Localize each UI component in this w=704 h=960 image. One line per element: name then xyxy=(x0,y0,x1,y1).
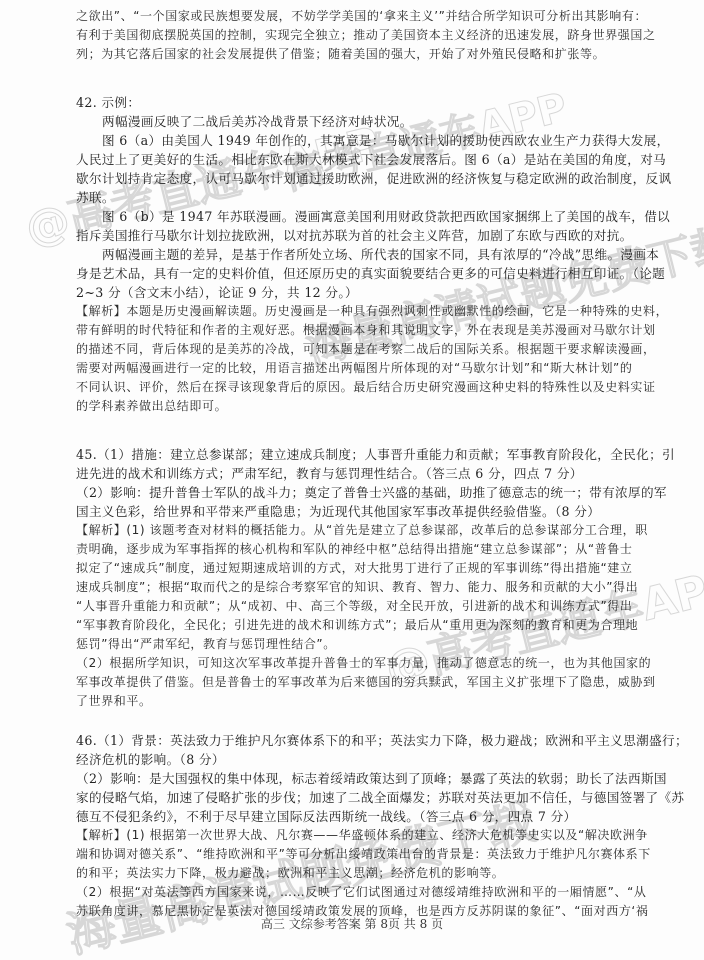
text-line: 指斥美国推行马歇尔计划拉拢欧洲，以对抗苏联为首的社会主义阵营，加剧了东欧与西欧的… xyxy=(76,226,658,245)
analysis-line: “军事教育阶段化，全民化；引进先进的战术和训练方式”；最后从“重用更为深刻的教育… xyxy=(76,616,658,635)
text-line: 苏联。 xyxy=(76,188,658,207)
text-line: 列；为其它落后国家的社会发展提供了借鉴；随着美国的强大，开始了对外殖民侵略和扩张… xyxy=(76,45,658,64)
text-line: 家的侵略气焰，加速了侵略扩张的步伐；加速了二战全面爆发；苏联对英法更加不信任，与… xyxy=(76,788,658,807)
analysis-line: （2）根据“对英法等西方国家来说，……反映了它们试图通过对德绥靖维持欧洲和平的一… xyxy=(76,883,658,902)
text-line: 图 6（b）是 1947 年苏联漫画。漫画寓意美国利用财政贷款把西欧国家捆绑上了… xyxy=(76,207,658,226)
analysis-line: 需要对两幅漫画进行一定的比较，用语言描述出两幅图片所体现的对“马歇尔计划”和“斯… xyxy=(76,359,658,378)
analysis-line: 的和平；英法实力下降，极力避战；欧洲和平主义思潮；经济危机的影响等。 xyxy=(76,864,658,883)
question-42-heading: 42. 示例： xyxy=(76,93,658,112)
analysis-line: 【解析】(1) 根据第一次世界大战、凡尔赛——华盛顿体系的建立、经济大危机等史实… xyxy=(76,826,658,845)
text-line: 人民过上了更美好的生活。相比东欧在斯大林模式下社会发展落后。图 6（a）是站在美… xyxy=(76,150,658,169)
analysis-line: 的学科素养做出总结即可。 xyxy=(76,397,658,416)
analysis-line: 【解析】本题是历史漫画解读题。历史漫画是一种具有强烈讽刺性或幽默性的绘画，它是一… xyxy=(76,302,658,321)
text-line: 两幅漫画反映了二战后美苏冷战背景下经济对峙状况。 xyxy=(76,112,658,131)
analysis-line: （2）根据所学知识，可知这次军事改革提升普鲁士的军事力量，推动了德意志的统一，也… xyxy=(76,654,658,673)
analysis-line: 速成兵制度”；根据“取而代之的是综合考察军官的知识、教育、智力、能力、服务和贡献… xyxy=(76,578,658,597)
text-line: （2）影响：提升普鲁士军队的战斗力；奠定了普鲁士兴盛的基础，助推了德意志的统一；… xyxy=(76,483,658,502)
text-line: 两幅漫画主题的差异，是基于作者所处立场、所代表的国家不同，具有浓厚的“冷战”思维… xyxy=(76,245,658,264)
text-line: 进先进的战术和训练方式；严肃军纪，教育与惩罚理性结合。（答三点 6 分，四点 7… xyxy=(76,464,658,483)
analysis-line: 不同认识、评价，然后在探寻该现象背后的原因。最后结合历史研究漫画这种史料的特殊性… xyxy=(76,378,658,397)
text-line: 歇尔计划持肯定态度，认可马歇尔计划通过援助欧洲，促进欧洲的经济恢复与稳定欧洲的政… xyxy=(76,169,658,188)
analysis-line: 军事改革提供了借鉴。但是普鲁士的军事改革为后来德国的穷兵黩武，军国主义扩张埋下了… xyxy=(76,673,658,692)
analysis-line: 了世界和平。 xyxy=(76,692,658,711)
text-line: 图 6（a）由美国人 1949 年创作的，其寓意是：马歇尔计划的援助使西欧农业生… xyxy=(76,131,658,150)
analysis-line: 拟定了“速成兵”制度，通过短期速成培训的方式，对大批男丁进行了正规的军事训练”得… xyxy=(76,559,658,578)
text-line: 之欲出”、“一个国家或民族想要发展，不妨学学美国的‘拿来主义’”并结合所学知识可… xyxy=(76,7,658,26)
analysis-line: 端和协调对德关系”、“维持欧洲和平”等可分析出绥靖政策出台的背景是：英法致力于维… xyxy=(76,845,658,864)
analysis-line: 【解析】(1) 该题考查对材料的概括能力。从“首先是建立了总参谋部，改革后的总参… xyxy=(76,521,658,540)
text-line: 经济危机的影响。（8 分） xyxy=(76,750,658,769)
text-line: 2~3 分（含文末小结），论证 9 分，共 12 分。） xyxy=(76,283,658,302)
analysis-line: 的描述不同，背后体现的是美苏的冷战，可知本题是在考察二战后的国际关系。根据题干要… xyxy=(76,340,658,359)
text-line: 46.（1）背景：英法致力于维护凡尔赛体系下的和平；英法实力下降，极力避战；欧洲… xyxy=(76,731,658,750)
analysis-line: “人事晋升重能力和贡献”；从“成初、中、高三个等级，对全民开放，引进新的战术和训… xyxy=(76,597,658,616)
page-footer: 高三 文综参考答案 第 8页 共 8 页 xyxy=(0,915,704,932)
text-line: 身是艺术品，具有一定的史料价值，但还原历史的真实面貌要结合更多的可信史料进行相互… xyxy=(76,264,658,283)
text-line: 国主义色彩，给世界和平带来严重隐患；为近现代其他国家军事改革提供经验借鉴。（8 … xyxy=(76,502,658,521)
text-line: 45.（1）措施：建立总参谋部；建立速成兵制度；人事晋升重能力和贡献；军事教育阶… xyxy=(76,445,658,464)
analysis-line: 带有鲜明的时代特征和作者的主观好恶。根据漫画本身和其说明文字，外在表现是美苏漫画… xyxy=(76,321,658,340)
analysis-line: 惩罚”得出“严肃军纪，教育与惩罚理性结合”。 xyxy=(76,635,658,654)
text-line: （2）影响：是大国强权的集中体现，标志着绥靖政策达到了顶峰；暴露了英法的软弱；助… xyxy=(76,769,658,788)
text-line: 有利于美国彻底摆脱英国的控制，实现完全独立；推动了美国资本主义经济的迅速发展，跻… xyxy=(76,26,658,45)
analysis-line: 责明确，逐步成为军事指挥的核心机构和军队的神经中枢”总结得出措施“建立总参谋部”… xyxy=(76,540,658,559)
text-line: 德互不侵犯条约》，不利于尽早建立国际反法西斯统一战线。（答三点 6 分，四点 7… xyxy=(76,807,658,826)
